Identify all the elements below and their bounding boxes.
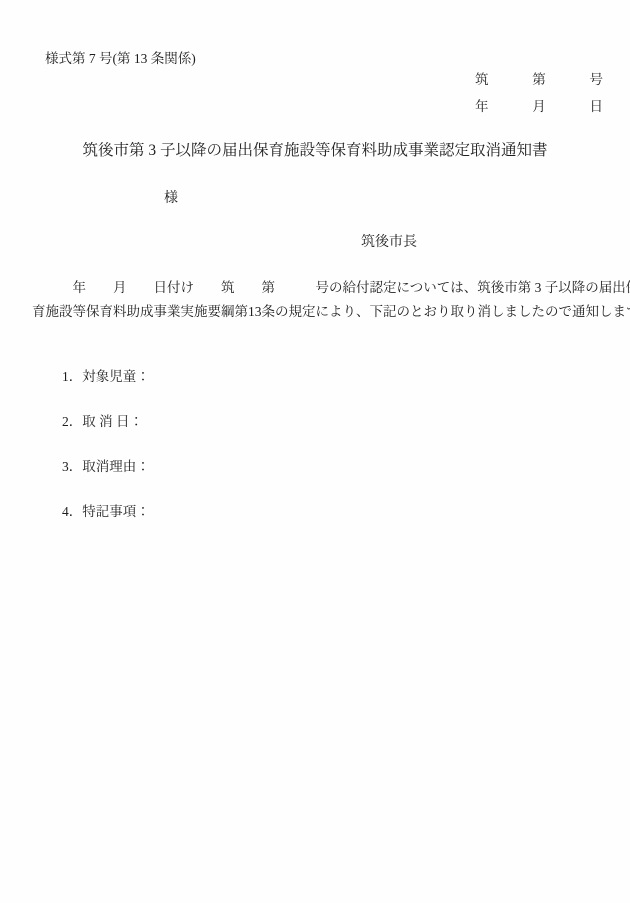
sender-mayor-label: 筑後市長 (361, 235, 417, 252)
document-title: 筑後市第 3 子以降の届出保育施設等保育料助成事業認定取消通知書 (0, 142, 630, 161)
doc-number-go: 号 (590, 72, 604, 88)
addressee-honorific: 様 (164, 191, 178, 208)
date-day-label: 日 (590, 99, 604, 115)
doc-number-agency-prefix: 筑 (475, 72, 489, 88)
item-target-child: 1．対象児童： (62, 370, 150, 384)
doc-number-dai: 第 (532, 72, 546, 88)
date-month-label: 月 (532, 99, 546, 115)
date-year-label: 年 (475, 99, 489, 115)
body-paragraph-line-1: 年 月 日付け 筑 第 号の給付認定については、筑後市第 3 子以降の届出保 (32, 280, 630, 296)
item-list: 1．対象児童： 2．取 消 日： 3．取消理由： 4．特記事項： (62, 370, 150, 550)
form-number-label: 様式第 7 号(第 13 条関係) (45, 51, 196, 67)
date-row: 年 月 日 (475, 99, 603, 115)
document-number-row: 筑 第 号 (475, 72, 603, 88)
item-cancellation-date: 2．取 消 日： (62, 415, 150, 429)
item-cancellation-reason: 3．取消理由： (62, 460, 150, 474)
item-special-notes: 4．特記事項： (62, 505, 150, 519)
body-paragraph-line-2: 育施設等保育料助成事業実施要綱第13条の規定により、下記のとおり取り消しましたの… (32, 304, 630, 320)
document-page: 様式第 7 号(第 13 条関係) 筑 第 号 年 月 日 筑後市第 3 子以降… (0, 0, 630, 903)
